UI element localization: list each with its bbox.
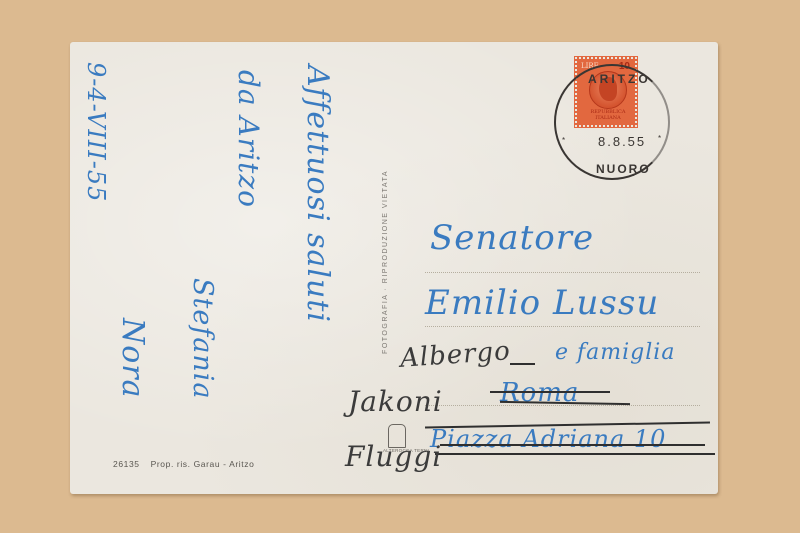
pencil-redirect-name: Jakoni	[348, 385, 443, 418]
catalog-number: 26135	[113, 459, 140, 469]
address-name: Emilio Lussu	[425, 283, 659, 323]
postmark-star-icon: *	[562, 136, 565, 145]
postmark-date: 8.8.55	[598, 134, 646, 149]
publisher-logo-text: ALTEROCCA TERNI	[383, 448, 429, 453]
publisher-credit: Prop. ris. Garau - Aritzo	[151, 459, 255, 469]
publisher-footer: 26135 Prop. ris. Garau - Aritzo	[113, 459, 262, 469]
address-line-guide	[425, 326, 700, 327]
reproduction-notice: FOTOGRAFIA · RIPRODUZIONE VIETATA	[382, 170, 389, 354]
postmark-town-top: ARITZO	[588, 72, 651, 86]
postmark-star-icon: *	[658, 134, 661, 143]
postmark-town-bottom: NUORO	[596, 162, 651, 176]
address-title: Senatore	[430, 218, 594, 258]
handwritten-greeting-line2: da Aritzo	[232, 70, 265, 208]
handwritten-greeting-line1: Affettuosi saluti	[300, 65, 335, 323]
handwritten-signature-stefania: Stefania	[187, 278, 218, 400]
strike-line	[510, 363, 535, 365]
strike-line	[490, 391, 610, 393]
publisher-logo-icon	[388, 424, 406, 448]
handwritten-date: 9-4-VIII-55	[82, 62, 110, 202]
address-street-struck: Piazza Adriana 10	[430, 425, 666, 453]
handwritten-signature-nora: Nora	[115, 318, 150, 399]
postmark: ARITZO 8.8.55 NUORO * *	[554, 64, 670, 180]
strike-line	[435, 453, 715, 455]
strike-line	[440, 444, 705, 446]
address-family: e famiglia	[555, 340, 675, 365]
address-line-guide	[425, 272, 700, 273]
